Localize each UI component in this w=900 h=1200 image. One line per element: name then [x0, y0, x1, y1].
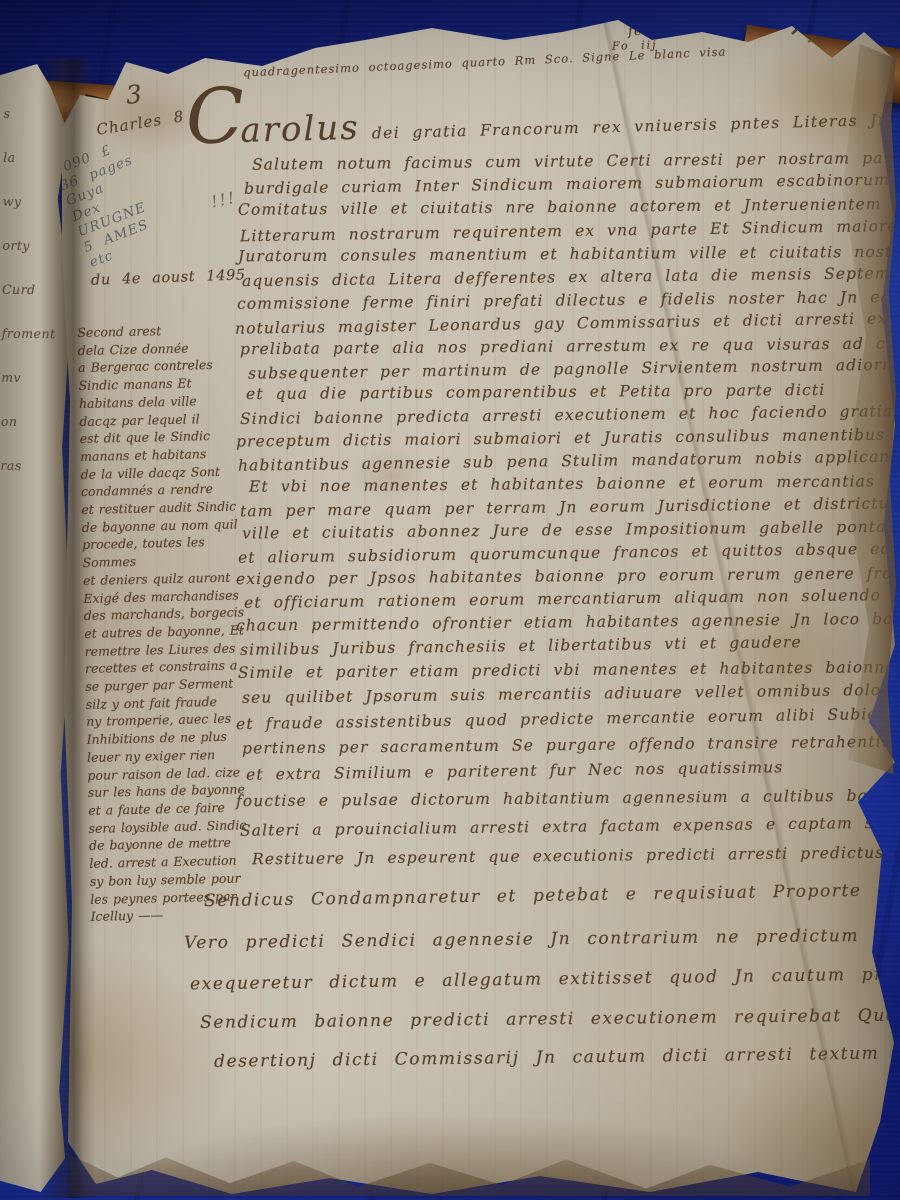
- latin-text-line: similibus Juribus franchesiis et liberta…: [240, 633, 802, 659]
- latin-text-line: commissione ferme finiri prefati dilectu…: [237, 287, 900, 313]
- latin-text-line: Sendicum baionne predicti arresti execut…: [200, 1005, 900, 1033]
- latin-text-line: subsequenter per martinum de pagnolle Si…: [248, 355, 900, 382]
- latin-text-line: et qua die partibus comparentibus et Pet…: [246, 381, 825, 403]
- pencil-annotation: 1090 £ 36 pages Guya Dex URUGNE 5 AMES e…: [52, 136, 165, 271]
- latin-text-line: Comitatus ville et ciuitatis nre baionne…: [238, 195, 882, 219]
- latin-text-line: preceptum dictis maiori submaiori et Jur…: [236, 425, 900, 450]
- latin-text-line: et extra Similium e pariterent fur Nec n…: [246, 758, 784, 784]
- latin-text-line: notularius magister Leonardus gay Commis…: [235, 308, 900, 337]
- latin-text-line: Vero predicti Sendici agennesie Jn contr…: [184, 925, 900, 953]
- latin-text-line: Salteri a prouincialium arresti extra fa…: [240, 812, 900, 839]
- opening-word: arolus: [240, 108, 360, 151]
- latin-text-line: exigendo per Jpsos habitantes baionne pr…: [236, 564, 900, 588]
- latin-text-line: Restituere Jn espeurent que executionis …: [252, 844, 884, 869]
- date-annotation: du 4e aoust 1495: [91, 267, 246, 288]
- king-annotation: Charles 8: [95, 107, 186, 139]
- latin-text-line: chacun permittendo ofrontier etiam habit…: [236, 609, 900, 634]
- latin-text-line: prelibata parte alia nos prediani arrest…: [240, 334, 900, 359]
- header-registration-line: quadragentesimo octoagesimo quarto Rm Sc…: [243, 44, 727, 79]
- latin-text-line: fouctise e pulsae dictorum habitantium a…: [236, 786, 900, 810]
- latin-text-line: Litterarum nostrarum requirentem ex vna …: [240, 215, 900, 245]
- page-number: 3: [125, 79, 145, 110]
- latin-text-line: Et vbi noe manentes et habitantes baionn…: [249, 472, 875, 495]
- latin-text-line: burdigale curiam Inter Sindicum maiorem …: [244, 170, 900, 197]
- latin-text-line: Sendicus Condampnaretur et petebat e req…: [204, 881, 862, 911]
- latin-text-line: et aliorum subsidiorum quorumcunque fran…: [238, 539, 900, 567]
- margin-summary: Second arest dela Cize donnée a Bergerac…: [77, 320, 263, 926]
- pencil-exclamation: !!!: [209, 188, 238, 212]
- latin-text-line: ville et ciuitatis abonnez Jure de esse …: [242, 518, 900, 543]
- latin-text-line: habitantibus agennesie sub pena Stulim m…: [238, 447, 900, 474]
- latin-text-line: tam per mare quam per terram Jn eorum Ju…: [240, 494, 900, 521]
- latin-text-line: et officiarum rationem eorum mercantiaru…: [244, 586, 881, 612]
- opening-line-tail: dei gratia Francorum rex vniuersis pntes…: [372, 109, 900, 143]
- background-cloth: { "colors":{ "fabric_blue":"#1e3aa8","fa…: [0, 0, 900, 1200]
- latin-text-line: exequeretur dictum e allegatum extitisse…: [190, 964, 900, 995]
- latin-text-line: desertionj dicti Commissarij Jn cautum d…: [214, 1042, 900, 1072]
- previous-page-text-fragments: s la wy orty Curd froment mv on ras: [0, 92, 57, 488]
- ink-flourish-icon: [788, 2, 898, 44]
- latin-text-line: Simile et pariter etiam predicti vbi man…: [238, 658, 896, 682]
- latin-text-line: pertinens per sacramentum Se purgare off…: [242, 733, 900, 758]
- latin-text-line: aquensis dicta Litera defferentes ex alt…: [242, 264, 900, 290]
- latin-text-line: Juratorum consules manentium et habitant…: [238, 243, 900, 266]
- latin-text-line: Sindici baionne predicta arresti executi…: [240, 402, 900, 428]
- opening-line: Carolus dei gratia Francorum rex vniuers…: [185, 76, 900, 153]
- folio-ascender-mark: fe: [628, 24, 643, 40]
- main-page: fe Fo iij quadragentesimo octoagesimo qu…: [0, 0, 900, 1200]
- opening-initial: C: [185, 95, 244, 138]
- latin-text-line: seu quilibet Jpsorum suis mercantiis adi…: [242, 681, 881, 707]
- latin-text-line: et fraude assistentibus quod predicte me…: [236, 705, 900, 733]
- latin-text-line: Salutem notum facimus cum virtute Certi …: [252, 148, 900, 173]
